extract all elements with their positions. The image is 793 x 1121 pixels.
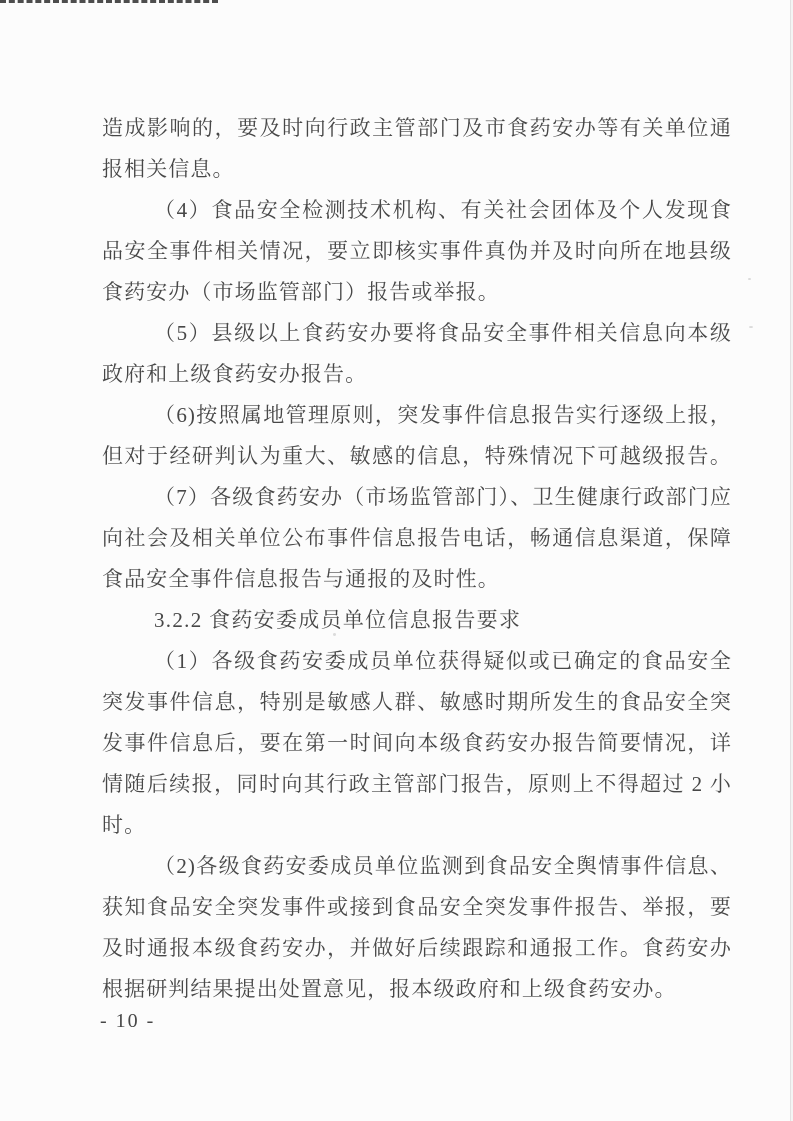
text-line: 向社会及相关单位公布事件信息报告电话，畅通信息渠道，保障: [102, 518, 732, 559]
text-lines: 造成影响的，要及时向行政主管部门及市食药安办等有关单位通报相关信息。（4）食品安…: [102, 108, 732, 1010]
text-line: 但对于经研判认为重大、敏感的信息，特殊情况下可越级报告。: [102, 436, 732, 477]
text-line: （4）食品安全检测技术机构、有关社会团体及个人发现食: [102, 190, 732, 231]
text-line: 报相关信息。: [102, 149, 732, 190]
text-line: 造成影响的，要及时向行政主管部门及市食药安办等有关单位通: [102, 108, 732, 149]
text-line: （5）县级以上食药安办要将食品安全事件相关信息向本级: [102, 313, 732, 354]
text-line: 发事件信息后，要在第一时间向本级食药安办报告简要情况，详: [102, 723, 732, 764]
text-line: （6)按照属地管理原则，突发事件信息报告实行逐级上报，: [102, 395, 732, 436]
section-heading: 3.2.2 食药安委成员单位信息报告要求: [102, 600, 732, 641]
text-line: （7）各级食药安办（市场监管部门）、卫生健康行政部门应: [102, 477, 732, 518]
scan-speck: [748, 278, 751, 280]
text-line: （1）各级食药安委成员单位获得疑似或已确定的食品安全: [102, 641, 732, 682]
text-line: 时。: [102, 805, 732, 846]
scan-speck: [333, 633, 336, 636]
text-line: 食品安全事件信息报告与通报的及时性。: [102, 559, 732, 600]
text-line: 根据研判结果提出处置意见，报本级政府和上级食药安办。: [102, 969, 732, 1010]
text-line: 及时通报本级食药安办，并做好后续跟踪和通报工作。食药安办: [102, 928, 732, 969]
document-page: 造成影响的，要及时向行政主管部门及市食药安办等有关单位通报相关信息。（4）食品安…: [0, 0, 793, 1121]
text-line: 突发事件信息，特别是敏感人群、敏感时期所发生的食品安全突: [102, 682, 732, 723]
text-line: （2)各级食药安委成员单位监测到食品安全舆情事件信息、: [102, 846, 732, 887]
text-line: 政府和上级食药安办报告。: [102, 354, 732, 395]
text-line: 品安全事件相关情况，要立即核实事件真伪并及时向所在地县级: [102, 231, 732, 272]
scan-artifact-dashed-line: [0, 0, 218, 3]
text-line: 情随后续报，同时向其行政主管部门报告，原则上不得超过 2 小: [102, 764, 732, 805]
text-line: 食药安办（市场监管部门）报告或举报。: [102, 272, 732, 313]
text-line: 获知食品安全突发事件或接到食品安全突发事件报告、举报，要: [102, 887, 732, 928]
page-number: - 10 -: [100, 1007, 155, 1035]
scan-speck: [749, 326, 753, 328]
